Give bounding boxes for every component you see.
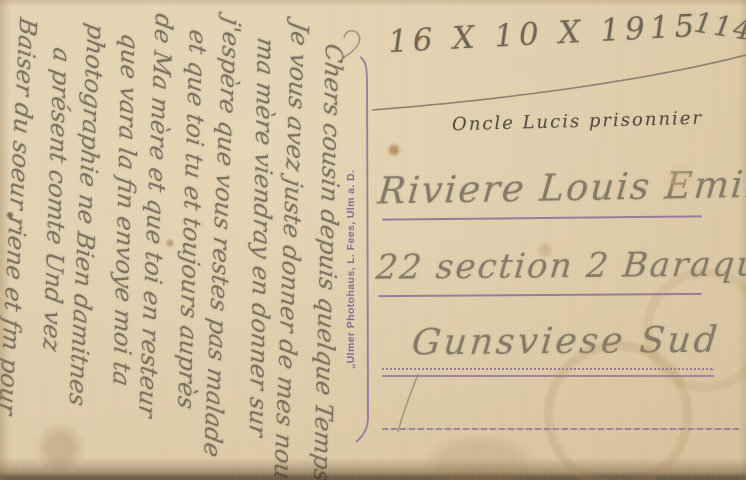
address-underline-2 [378, 293, 702, 297]
pencil-arc [372, 55, 746, 110]
address-underline-3 [382, 368, 714, 377]
postcard-back: Chers cousin depuis quelque Temps Je vou… [0, 0, 746, 480]
publisher-imprint: „Ulmer Photohaus, L. Fees, Ulm a. D. [345, 107, 357, 369]
address-underline-1 [382, 215, 702, 220]
address-line-place: Gunsviese Sud [410, 320, 722, 364]
address-underline-4 [382, 428, 740, 430]
note-prisoner: Oncle Lucis prisonnier [452, 108, 704, 136]
handwritten-message: Chers cousin depuis quelque Temps Je vou… [0, 0, 360, 480]
message-line: Chers cousin depuis quelque Temps [309, 42, 347, 478]
pencil-descender-stroke [398, 374, 418, 432]
address-line-name: Riviere Louis Emile [376, 162, 746, 212]
address-line-section: 22 section 2 Baraque [374, 244, 746, 288]
message-line: Baiser du soeur riene et fm pour [0, 15, 41, 477]
handwritten-date: 16 X 10 X 1915 [387, 8, 700, 60]
